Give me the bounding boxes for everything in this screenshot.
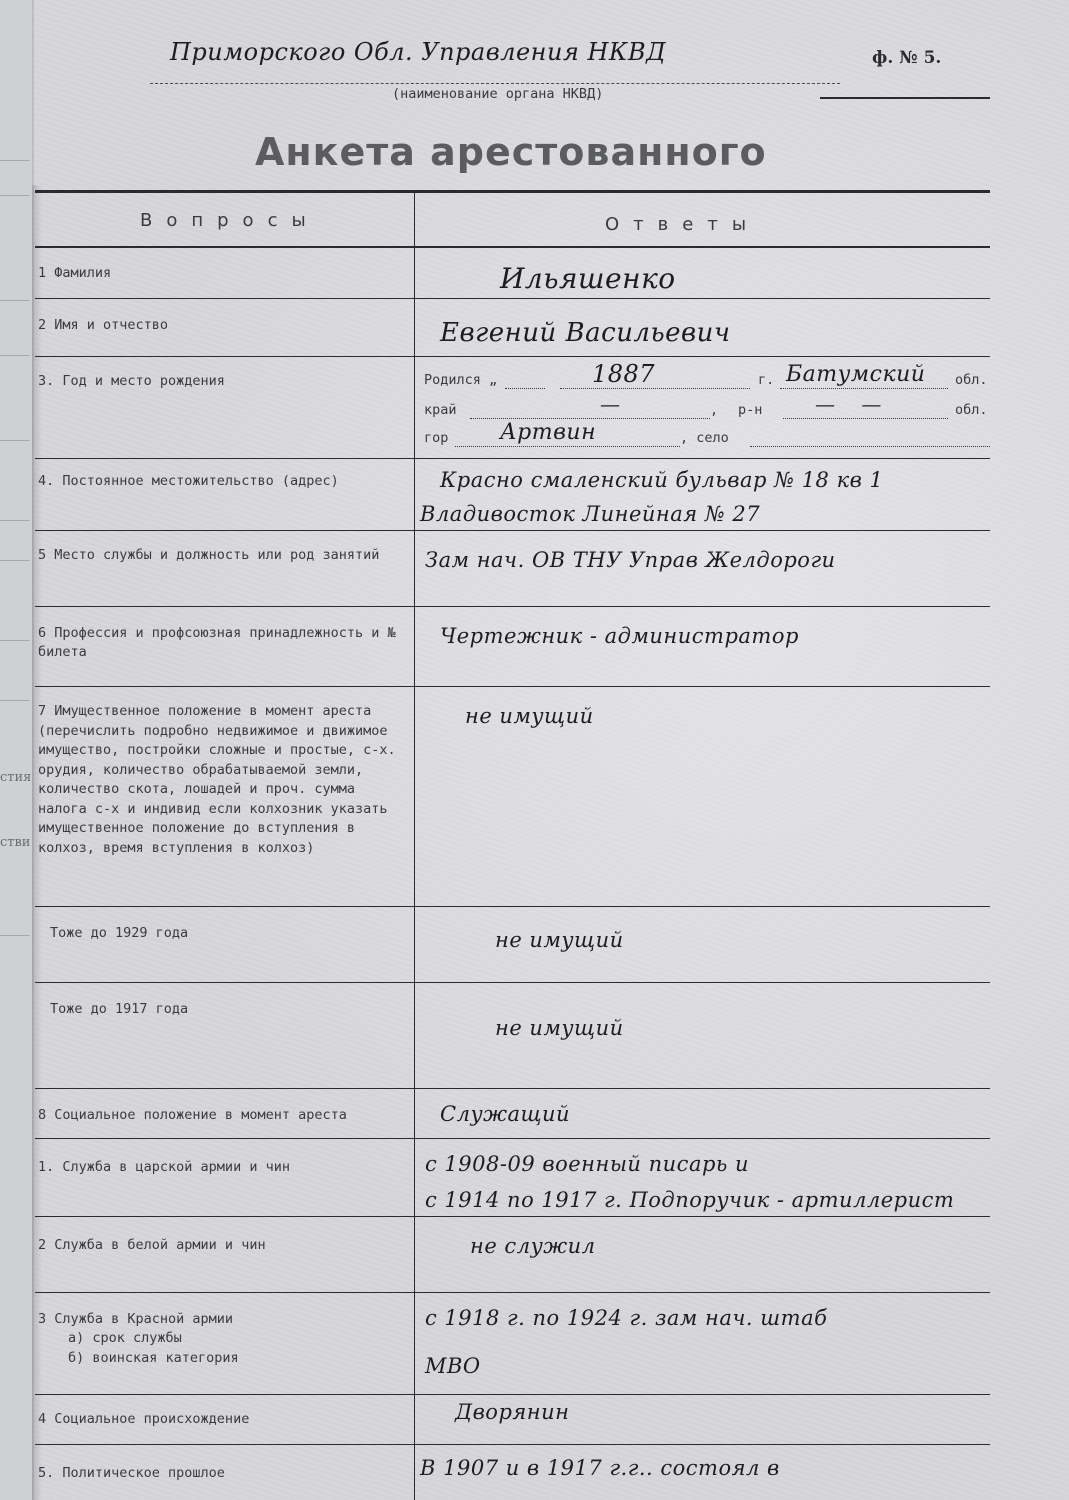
answer-residence-line1[interactable]: Красно смаленский бульвар № 18 кв 1	[440, 468, 883, 492]
comma: ,	[710, 402, 718, 418]
answer-tsarist-army-line1[interactable]: с 1908-09 военный писарь и	[425, 1152, 749, 1176]
row-rule	[35, 1444, 990, 1445]
answer-property-1929[interactable]: не имущий	[495, 928, 624, 952]
selo-label: , село	[680, 430, 729, 446]
header-rule	[35, 246, 990, 248]
row-rule	[35, 356, 990, 357]
answer-name[interactable]: Евгений Васильевич	[440, 318, 731, 348]
row-rule	[35, 1216, 990, 1217]
answer-workplace[interactable]: Зам нач. ОВ ТНУ Управ Желдороги	[425, 548, 836, 572]
rn-label: р-н	[738, 402, 762, 418]
row-rule	[35, 1292, 990, 1293]
question-tsarist-army: 1. Служба в царской армии и чин	[38, 1158, 398, 1177]
margin-fragment: стви	[0, 835, 30, 850]
column-divider	[414, 190, 415, 1500]
birth-city[interactable]: Артвин	[500, 420, 596, 445]
rn-field-line	[783, 418, 948, 419]
gor-field-line	[455, 446, 680, 447]
question-profession: 6 Профессия и профсоюзная принадлежность…	[38, 624, 398, 662]
row-rule	[35, 1394, 990, 1395]
question-birth: 3. Год и место рождения	[38, 372, 398, 391]
obl-label: обл.	[955, 372, 988, 388]
row-rule	[35, 298, 990, 299]
born-label: Родился „	[424, 372, 497, 388]
question-residence: 4. Постоянное местожительство (адрес)	[38, 472, 398, 491]
row-rule	[35, 906, 990, 907]
answer-surname[interactable]: Ильяшенко	[500, 262, 676, 295]
row-rule	[35, 982, 990, 983]
answer-political-past[interactable]: В 1907 и в 1917 г.г.. состоял в	[420, 1456, 780, 1480]
agency-caption: (наименование органа НКВД)	[392, 86, 603, 102]
answer-profession[interactable]: Чертежник - администратор	[440, 624, 799, 648]
question-political-past: 5. Политическое прошлое	[38, 1464, 398, 1483]
birth-oblast[interactable]: Батумский	[786, 362, 925, 387]
question-name: 2 Имя и отчество	[38, 316, 398, 335]
question-property-1929: Тоже до 1929 года	[50, 924, 410, 943]
gor-label: гор	[424, 430, 448, 446]
margin-fragment: стия	[0, 770, 31, 785]
krai-field-line	[470, 418, 710, 419]
answer-social-origin[interactable]: Дворянин	[455, 1400, 569, 1424]
question-property: 7 Имущественное положение в момент арест…	[38, 702, 398, 858]
form-number: ф. № 5.	[872, 48, 941, 68]
row-rule	[35, 686, 990, 687]
column-header-questions: Вопросы	[140, 210, 320, 231]
year-field-line	[560, 388, 750, 389]
document-page: стия стви Приморского Обл. Управления НК…	[0, 0, 1069, 1500]
day-field-line	[505, 388, 545, 389]
answer-property-1917[interactable]: не имущий	[495, 1016, 624, 1040]
selo-field-line	[750, 446, 990, 447]
agency-name-handwritten: Приморского Обл. Управления НКВД	[170, 38, 666, 66]
row-rule	[35, 1138, 990, 1139]
question-property-1917: Тоже до 1917 года	[50, 1000, 410, 1019]
adjacent-page-edge: стия стви	[0, 0, 34, 1500]
row-rule	[35, 530, 990, 531]
oblast-field-line	[780, 388, 948, 389]
question-red-army: 3 Служба в Красной армии	[38, 1310, 398, 1329]
g-label: г.	[758, 372, 774, 388]
row-rule	[35, 458, 990, 459]
table-top-rule	[35, 190, 990, 193]
question-social-origin: 4 Социальное происхождение	[38, 1410, 398, 1429]
answer-property[interactable]: не имущий	[465, 704, 594, 728]
answer-tsarist-army-line2[interactable]: с 1914 по 1917 г. Подпоручик - артиллери…	[425, 1188, 954, 1212]
question-social-status: 8 Социальное положение в момент ареста	[38, 1106, 398, 1125]
page-title: Анкета арестованного	[255, 130, 767, 174]
krai-label: край	[424, 402, 457, 418]
row-rule	[35, 606, 990, 607]
answer-white-army[interactable]: не служил	[470, 1234, 596, 1258]
form-number-underline	[820, 97, 990, 99]
column-header-answers: Ответы	[605, 214, 760, 235]
answer-red-army-line2[interactable]: МВО	[425, 1354, 481, 1378]
agency-underline	[150, 83, 840, 84]
question-surname: 1 Фамилия	[38, 264, 398, 283]
birth-year[interactable]: 1887	[592, 360, 655, 388]
birth-rn[interactable]: — —	[815, 392, 891, 416]
question-red-army-category: б) воинская категория	[68, 1350, 239, 1366]
row-rule	[35, 1088, 990, 1089]
answer-red-army-line1[interactable]: с 1918 г. по 1924 г. зам нач. штаб	[425, 1306, 827, 1330]
question-red-army-term: а) срок службы	[68, 1330, 182, 1346]
answer-residence-line2[interactable]: Владивосток Линейная № 27	[420, 502, 760, 526]
question-white-army: 2 Служба в белой армии и чин	[38, 1236, 398, 1255]
answer-social-status[interactable]: Служащий	[440, 1102, 570, 1126]
obl2-label: обл.	[955, 402, 988, 418]
question-workplace: 5 Место службы и должность или род занят…	[38, 546, 398, 565]
birth-krai[interactable]: —	[600, 392, 621, 416]
